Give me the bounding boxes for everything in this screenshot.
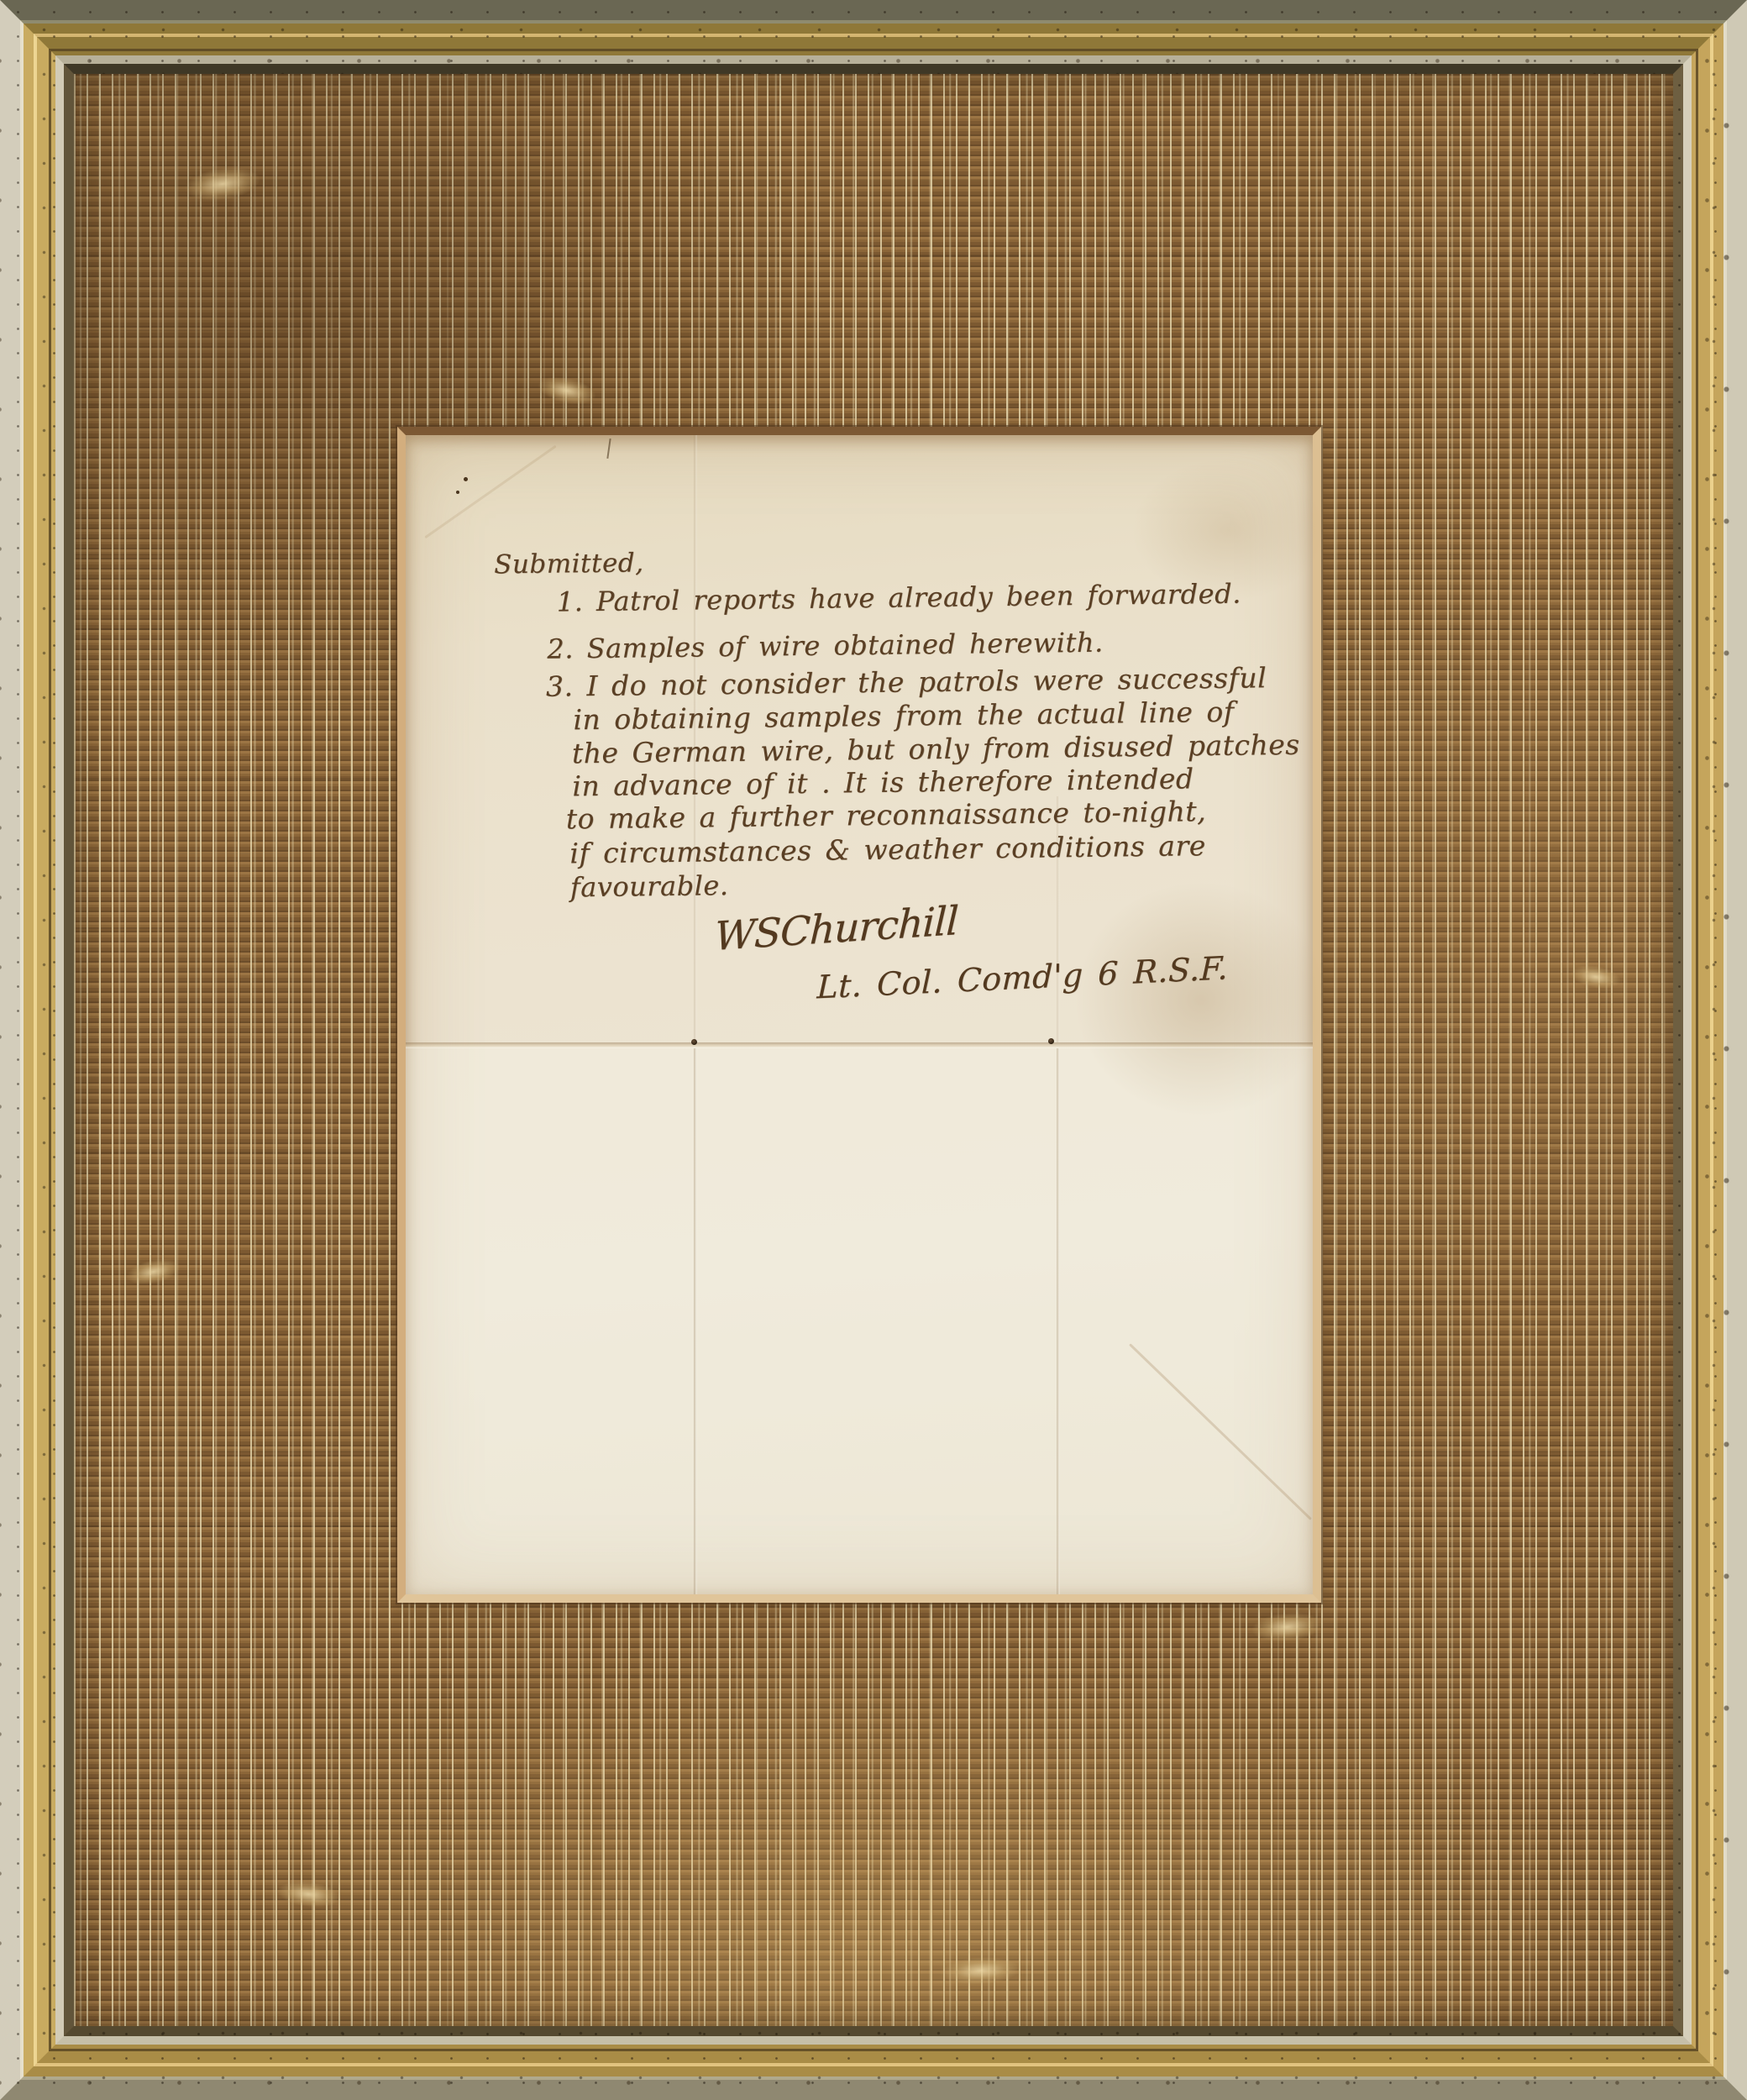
mat-slub <box>1251 1609 1325 1644</box>
mat-slub <box>124 1255 182 1289</box>
letter-line: 1. Patrol reports have already been forw… <box>557 580 1241 616</box>
handwritten-letter: Submitted, 1. Patrol reports have alread… <box>404 425 1325 1595</box>
letter-line: 2. Samples of wire obtained herewith. <box>547 629 1104 663</box>
signature-rank: Lt. Col. Comd'g 6 R.S.F. <box>816 952 1229 1003</box>
mat-opening-bevel: Submitted, 1. Patrol reports have alread… <box>397 427 1321 1603</box>
mat-slub <box>536 372 599 409</box>
mat-slub <box>1569 962 1623 992</box>
mat-slub <box>940 1956 1021 1987</box>
letter-line: 3. I do not consider the patrols were su… <box>546 664 1267 700</box>
letter-line: to make a further reconnaissance to-nigh… <box>566 797 1207 832</box>
letter-line: in obtaining samples from the actual lin… <box>573 698 1234 734</box>
letter-line: in advance of it . It is therefore inten… <box>572 764 1194 800</box>
letter-paper: Submitted, 1. Patrol reports have alread… <box>406 435 1313 1594</box>
mat-slub <box>275 1878 341 1911</box>
letter-line: Submitted, <box>494 550 644 578</box>
framed-letter-photo: Submitted, 1. Patrol reports have alread… <box>0 0 1747 2100</box>
letter-line: favourable. <box>570 872 729 900</box>
mat-slub <box>183 163 262 205</box>
signature: WSChurchill <box>714 901 958 957</box>
letter-line: if circumstances & weather conditions ar… <box>569 832 1206 867</box>
